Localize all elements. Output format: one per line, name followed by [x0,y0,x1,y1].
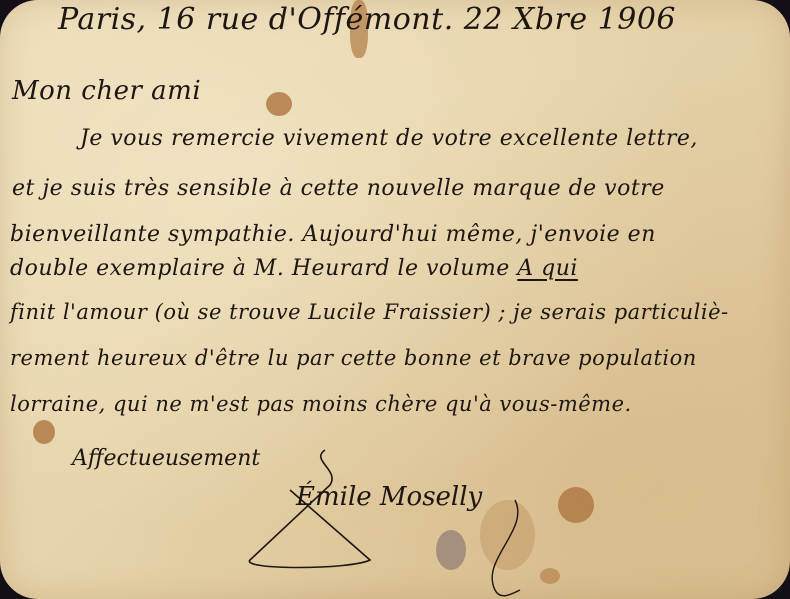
salutation: Mon cher ami [12,76,201,106]
book-title-start: A qui [517,256,578,281]
ink-stain [266,92,292,116]
body-line: double exemplaire à M. Heurard le volume… [10,256,578,281]
letter-header: Paris, 16 rue d'Offémont. 22 Xbre 1906 [58,2,676,37]
body-line: finit l'amour (où se trouve Lucile Frais… [10,300,729,324]
body-line: rement heureux d'être lu par cette bonne… [10,346,697,370]
ink-stain [558,487,594,523]
body-line: et je suis très sensible à cette nouvell… [12,176,665,201]
letter-card: Paris, 16 rue d'Offémont. 22 Xbre 1906 M… [0,0,790,599]
header-place: Paris, 16 rue d'Offémont [58,2,444,37]
body-line: lorraine, qui ne m'est pas moins chère q… [10,392,632,416]
header-date: 22 Xbre 1906 [464,2,676,37]
ink-stain [540,568,560,584]
body-line: bienveillante sympathie. Aujourd'hui mêm… [10,222,656,247]
body-line: Je vous remercie vivement de votre excel… [80,126,698,151]
ink-stain [33,420,55,444]
signature-flourish-icon [230,440,530,599]
